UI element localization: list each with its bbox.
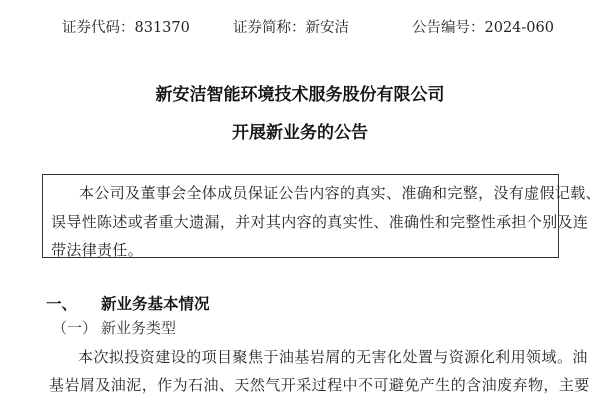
announcement-number: 公告编号：2024-060 — [412, 16, 554, 37]
paragraph-line: 本次拟投资建设的项目聚焦于油基岩屑的无害化处置与资源化利用领域。油 — [78, 346, 588, 367]
paragraph-line: 基岩屑及油泥，作为石油、天然气开采过程中不可避免产生的含油废弃物，主要 — [49, 374, 590, 395]
section-number: 一、 — [46, 292, 77, 314]
stock-name: 证券简称：新安洁 — [233, 16, 349, 37]
announcement-title: 开展新业务的公告 — [0, 118, 600, 143]
disclaimer-box: 本公司及董事会全体成员保证公告内容的真实、准确和完整，没有虚假记载、 误导性陈述… — [42, 174, 559, 258]
subsection-heading: 新业务类型 — [101, 317, 176, 338]
disclaimer-line: 本公司及董事会全体成员保证公告内容的真实、准确和完整，没有虚假记载、 — [79, 182, 600, 203]
stock-code: 证券代码：831370 — [62, 16, 190, 37]
disclaimer-line: 误导性陈述或者重大遗漏，并对其内容的真实性、准确性和完整性承担个别及连 — [51, 211, 588, 232]
company-title: 新安洁智能环境技术服务股份有限公司 — [0, 80, 600, 105]
subsection-number: （一） — [52, 317, 97, 338]
section-heading: 新业务基本情况 — [101, 292, 210, 314]
disclaimer-line: 带法律责任。 — [51, 239, 143, 260]
